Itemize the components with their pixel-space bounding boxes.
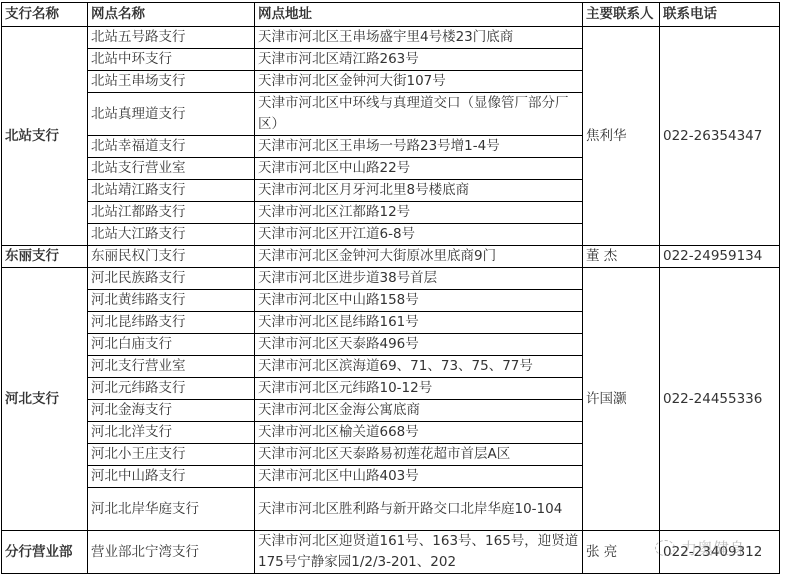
header-outlet-address: 网点地址 <box>255 3 583 27</box>
outlet-name-cell: 北站中环支行 <box>88 49 255 71</box>
contact-phone-cell: 022-26354347 <box>660 27 780 246</box>
outlet-address-cell: 天津市河北区滨海道69、71、73、75、77号 <box>255 356 583 378</box>
outlet-name-cell: 北站江都路支行 <box>88 202 255 224</box>
branch-outlet-table: 支行名称 网点名称 网点地址 主要联系人 联系电话 北站支行 北站五号路支行 天… <box>1 2 780 574</box>
outlet-name-cell: 河北黄纬路支行 <box>88 290 255 312</box>
outlet-address-cell: 天津市河北区中环线与真理道交口（显像管厂部分厂区） <box>255 93 583 136</box>
contact-person-cell: 董 杰 <box>583 246 660 268</box>
header-branch-name: 支行名称 <box>2 3 88 27</box>
outlet-address-cell: 天津市河北区天泰路496号 <box>255 334 583 356</box>
outlet-address-cell: 天津市河北区进步道38号首层 <box>255 268 583 290</box>
outlet-name-cell: 河北小王庄支行 <box>88 444 255 466</box>
header-contact-phone: 联系电话 <box>660 3 780 27</box>
table-row: 东丽支行 东丽民权门支行 天津市河北区金钟河大街原冰里底商9门 董 杰 022-… <box>2 246 780 268</box>
outlet-name-cell: 河北北洋支行 <box>88 422 255 444</box>
outlet-address-cell: 天津市河北区靖江路263号 <box>255 49 583 71</box>
table-header-row: 支行名称 网点名称 网点地址 主要联系人 联系电话 <box>2 3 780 27</box>
outlet-address-cell: 天津市河北区中山路158号 <box>255 290 583 312</box>
outlet-name-cell: 北站幸福道支行 <box>88 136 255 158</box>
outlet-name-cell: 河北白庙支行 <box>88 334 255 356</box>
outlet-address-cell: 天津市河北区王串场一号路23号增1-4号 <box>255 136 583 158</box>
outlet-name-cell: 北站真理道支行 <box>88 93 255 136</box>
header-outlet-name: 网点名称 <box>88 3 255 27</box>
contact-person-cell: 焦利华 <box>583 27 660 246</box>
outlet-address-cell: 天津市河北区昆纬路161号 <box>255 312 583 334</box>
table-row: 河北支行 河北民族路支行 天津市河北区进步道38号首层 许国灏 022-2445… <box>2 268 780 290</box>
outlet-address-cell: 天津市河北区金钟河大街107号 <box>255 71 583 93</box>
outlet-name-cell: 营业部北宁湾支行 <box>88 531 255 574</box>
contact-person-cell: 张 亮 <box>583 531 660 574</box>
outlet-name-cell: 河北金海支行 <box>88 400 255 422</box>
outlet-address-cell: 天津市河北区元纬路10-12号 <box>255 378 583 400</box>
branch-name-cell: 东丽支行 <box>2 246 88 268</box>
outlet-address-cell: 天津市河北区金海公寓底商 <box>255 400 583 422</box>
outlet-name-cell: 北站支行营业室 <box>88 158 255 180</box>
outlet-address-cell: 天津市河北区迎贤道161号、163号、165号，迎贤道175号宁静家园1/2/3… <box>255 531 583 574</box>
outlet-address-cell: 天津市河北区中山路22号 <box>255 158 583 180</box>
branch-name-cell: 河北支行 <box>2 268 88 531</box>
table-row: 分行营业部 营业部北宁湾支行 天津市河北区迎贤道161号、163号、165号，迎… <box>2 531 780 574</box>
outlet-name-cell: 东丽民权门支行 <box>88 246 255 268</box>
header-contact-person: 主要联系人 <box>583 3 660 27</box>
outlet-address-cell: 天津市河北区中山路403号 <box>255 466 583 488</box>
outlet-name-cell: 北站王串场支行 <box>88 71 255 93</box>
outlet-address-cell: 天津市河北区天泰路易初莲花超市首层A区 <box>255 444 583 466</box>
outlet-name-cell: 河北北岸华庭支行 <box>88 488 255 531</box>
outlet-address-cell: 天津市河北区月牙河北里8号楼底商 <box>255 180 583 202</box>
contact-phone-cell: 022-23409312 <box>660 531 780 574</box>
outlet-name-cell: 北站五号路支行 <box>88 27 255 49</box>
outlet-name-cell: 河北中山路支行 <box>88 466 255 488</box>
outlet-name-cell: 河北昆纬路支行 <box>88 312 255 334</box>
outlet-name-cell: 河北元纬路支行 <box>88 378 255 400</box>
outlet-name-cell: 北站靖江路支行 <box>88 180 255 202</box>
contact-phone-cell: 022-24959134 <box>660 246 780 268</box>
outlet-address-cell: 天津市河北区胜利路与新开路交口北岸华庭10-104 <box>255 488 583 531</box>
outlet-address-cell: 天津市河北区王串场盛宇里4号楼23门底商 <box>255 27 583 49</box>
outlet-address-cell: 天津市河北区开江道6-8号 <box>255 224 583 246</box>
outlet-name-cell: 河北民族路支行 <box>88 268 255 290</box>
outlet-name-cell: 河北支行营业室 <box>88 356 255 378</box>
contact-person-cell: 许国灏 <box>583 268 660 531</box>
branch-name-cell: 分行营业部 <box>2 531 88 574</box>
branch-name-cell: 北站支行 <box>2 27 88 246</box>
outlet-address-cell: 天津市河北区榆关道668号 <box>255 422 583 444</box>
outlet-address-cell: 天津市河北区金钟河大街原冰里底商9门 <box>255 246 583 268</box>
outlet-address-cell: 天津市河北区江都路12号 <box>255 202 583 224</box>
contact-phone-cell: 022-24455336 <box>660 268 780 531</box>
outlet-name-cell: 北站大江路支行 <box>88 224 255 246</box>
table-row: 北站支行 北站五号路支行 天津市河北区王串场盛宇里4号楼23门底商 焦利华 02… <box>2 27 780 49</box>
